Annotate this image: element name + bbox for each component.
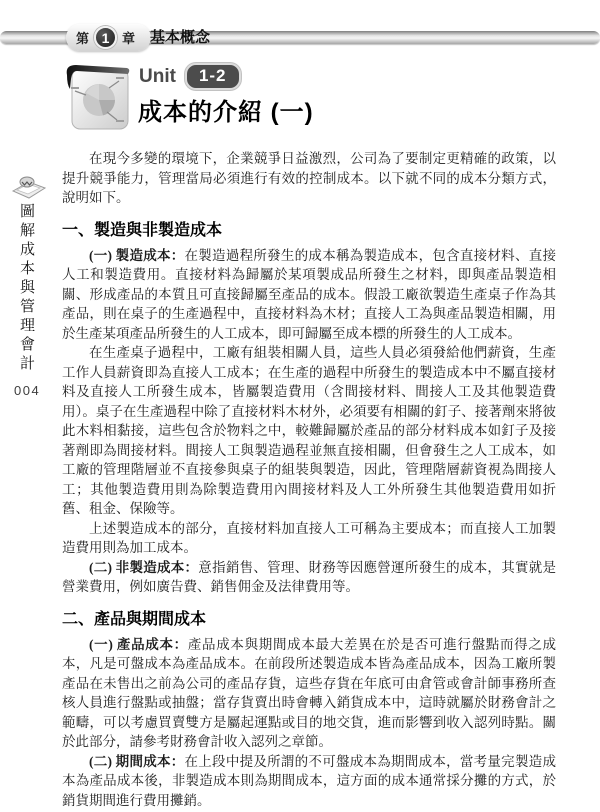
book-title-vertical: 圖解成本與管理會計	[16, 203, 37, 374]
section-2-heading: 二、產品與期間成本	[62, 609, 556, 630]
intro-paragraph: 在現今多變的環境下，企業競爭日益激烈，公司為了要制定更精確的政策，以提升競爭能力…	[62, 149, 556, 208]
chapter-suffix: 章	[122, 28, 135, 47]
book-page: 第 1 章 基本概念 圖解成本與管理會計 004	[0, 0, 600, 812]
paragraph: 上述製造成本的部分，直接材料加直接人工可稱為主要成本；而直接人工加製造費用則為加…	[62, 519, 556, 558]
chapter-prefix: 第	[76, 28, 89, 47]
paragraph-text: 在生產桌子過程中，工廠有組裝相關人員，這些人員必須發給他們薪資，生產工作人員薪資…	[62, 345, 556, 516]
paragraph-lead: (一) 產品成本：	[89, 637, 188, 652]
book-stamp-icon	[11, 171, 47, 206]
flipchart-pie-chart-icon	[64, 59, 132, 138]
unit-title: 成本的介紹 (一)	[138, 92, 314, 127]
unit-number-badge: 1-2	[185, 63, 241, 90]
paragraph-lead: (一) 製造成本：	[89, 248, 185, 263]
page-number: 004	[14, 383, 40, 398]
chapter-title: 基本概念	[150, 25, 210, 51]
paragraph: 在生產桌子過程中，工廠有組裝相關人員，這些人員必須發給他們薪資，生產工作人員薪資…	[62, 343, 556, 519]
paragraph: (二) 期間成本：在上段中提及所謂的不可盤成本為期間成本，當考量完製造成本為產品…	[62, 752, 556, 811]
chapter-tab: 第 1 章	[66, 24, 151, 51]
chapter-number-circle: 1	[94, 26, 117, 49]
paragraph-lead: (二) 期間成本：	[89, 754, 185, 769]
paragraph-lead: (二) 非製造成本：	[89, 560, 198, 575]
paragraph: (二) 非製造成本：意指銷售、管理、財務等因應營運所發生的成本，其實就是營業費用…	[62, 558, 556, 597]
section-1-heading: 一、製造與非製造成本	[62, 220, 556, 241]
paragraph: (一) 產品成本：產品成本與期間成本最大差異在於是否可進行盤點而得之成本，凡是可…	[62, 635, 556, 752]
unit-label-row: Unit 1-2	[139, 63, 241, 90]
paragraph: (一) 製造成本：在製造過程所發生的成本稱為製造成本，包含直接材料、直接人工和製…	[62, 246, 556, 344]
paragraph-text: 上述製造成本的部分，直接材料加直接人工可稱為主要成本；而直接人工加製造費用則為加…	[62, 521, 556, 556]
unit-label: Unit	[139, 66, 176, 88]
body-content: 在現今多變的環境下，企業競爭日益激烈，公司為了要制定更精確的政策，以提升競爭能力…	[62, 149, 556, 810]
paragraph-text: 產品成本與期間成本最大差異在於是否可進行盤點而得之成本，凡是可盤成本為產品成本。…	[62, 637, 556, 750]
